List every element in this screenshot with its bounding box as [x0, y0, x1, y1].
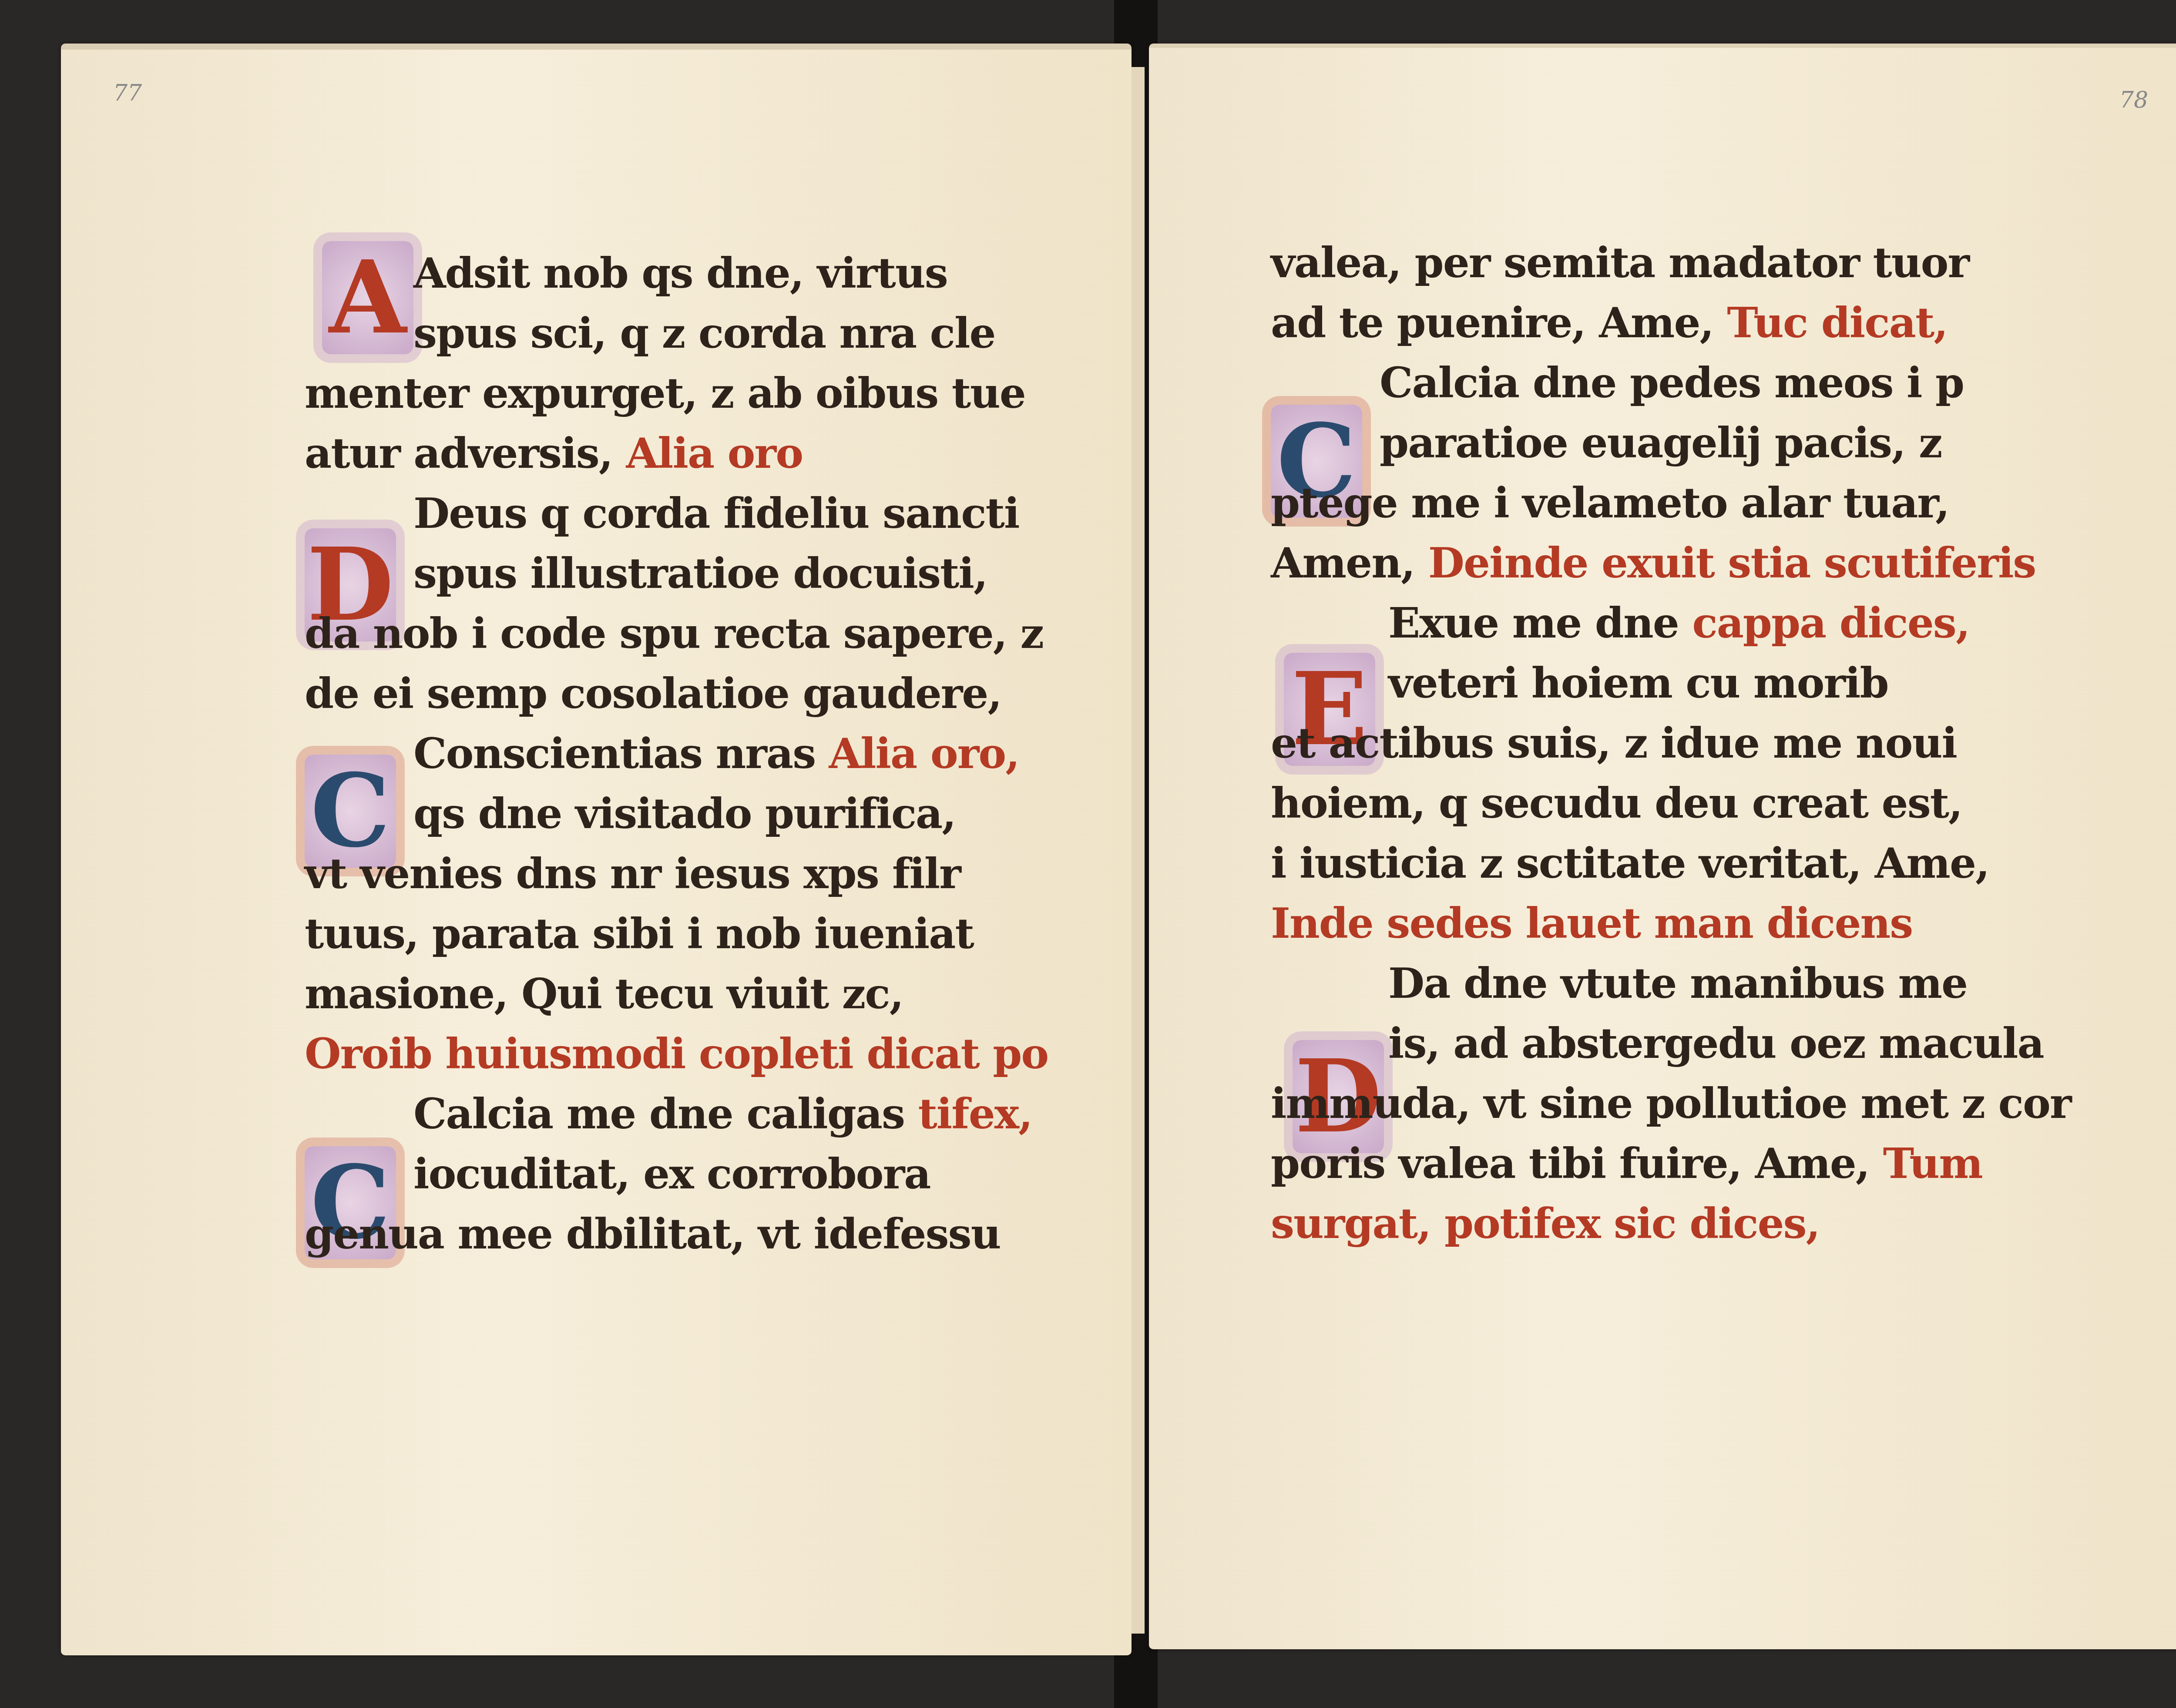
- text-line: Conscientias nras: [413, 729, 815, 778]
- text-line: Adsit nob qs dne, virtus: [305, 243, 1048, 303]
- text-line: valea, per semita madator tuor: [1271, 233, 2071, 293]
- rubric: Alia oro: [626, 429, 803, 478]
- rubric: tifex,: [918, 1089, 1032, 1138]
- folio-number: 77: [113, 80, 142, 106]
- rubric: cappa dices,: [1692, 598, 1969, 648]
- text-line: Calcia me dne caligas: [413, 1089, 904, 1138]
- page-edges: [1132, 67, 1145, 1634]
- rubric: Alia oro,: [829, 729, 1019, 778]
- text-line: immuda, vt sine pollutioe met z cor: [1271, 1074, 2071, 1134]
- right-page: 78 C E D valea, per semita madator tuor …: [1149, 44, 2176, 1649]
- text-line: iocuditat, ex corrobora: [305, 1144, 1048, 1204]
- text-line: tuus, parata sibi i nob iueniat: [305, 904, 1048, 964]
- text-line: genua mee dbilitat, vt idefessu: [305, 1204, 1048, 1264]
- text-line: is, ad abstergedu oez macula: [1271, 1013, 2071, 1074]
- rubric: Tum: [1883, 1139, 1982, 1188]
- right-text-block: valea, per semita madator tuor ad te pue…: [1271, 233, 2071, 1254]
- text-line: i iusticia z sctitate veritat, Ame,: [1271, 833, 2071, 893]
- rubric-line: Inde sedes lauet man dicens: [1271, 893, 2071, 953]
- text-line: ptege me i velameto alar tuar,: [1271, 473, 2071, 533]
- rubric-line: Oroib huiusmodi copleti dicat po: [305, 1024, 1048, 1084]
- text-line: Calcia dne pedes meos i p: [1271, 353, 2071, 413]
- rubric: Tuc dicat,: [1727, 298, 1947, 347]
- text-line: Exue me dne: [1388, 598, 1679, 648]
- text-line: masione, Qui tecu viuit zc,: [305, 964, 1048, 1024]
- text-line: Deus q corda fideliu sancti: [305, 483, 1048, 544]
- text-line: poris valea tibi fuire, Ame,: [1271, 1139, 1869, 1188]
- text-line: Amen,: [1271, 538, 1414, 587]
- text-line: da nob i code spu recta sapere, z: [305, 604, 1048, 664]
- rubric-line: surgat, potifex sic dices,: [1271, 1194, 2071, 1254]
- text-line: veteri hoiem cu morib: [1271, 653, 2071, 713]
- text-line: atur adversis,: [305, 429, 612, 478]
- text-line: qs dne visitado purifica,: [305, 784, 1048, 844]
- text-line: menter expurget, z ab oibus tue: [305, 363, 1048, 423]
- text-line: et actibus suis, z idue me noui: [1271, 713, 2071, 773]
- text-line: Da dne vtute manibus me: [1271, 953, 2071, 1013]
- text-line: hoiem, q secudu deu creat est,: [1271, 773, 2071, 833]
- left-text-block: Adsit nob qs dne, virtus spus sci, q z c…: [305, 243, 1048, 1264]
- left-page: 77 A D C C Adsit nob qs dne, virtus spus…: [61, 44, 1132, 1655]
- rubric: Deinde exuit stia scutiferis: [1428, 538, 2036, 587]
- text-line: ad te puenire, Ame,: [1271, 298, 1713, 347]
- text-line: de ei semp cosolatioe gaudere,: [305, 664, 1048, 724]
- text-line: vt venies dns nr iesus xps filr: [305, 844, 1048, 904]
- text-line: paratioe euagelij pacis, z: [1271, 413, 2071, 473]
- folio-number: 78: [2119, 87, 2148, 113]
- text-line: spus sci, q z corda nra cle: [305, 303, 1048, 363]
- text-line: spus illustratioe docuisti,: [305, 544, 1048, 604]
